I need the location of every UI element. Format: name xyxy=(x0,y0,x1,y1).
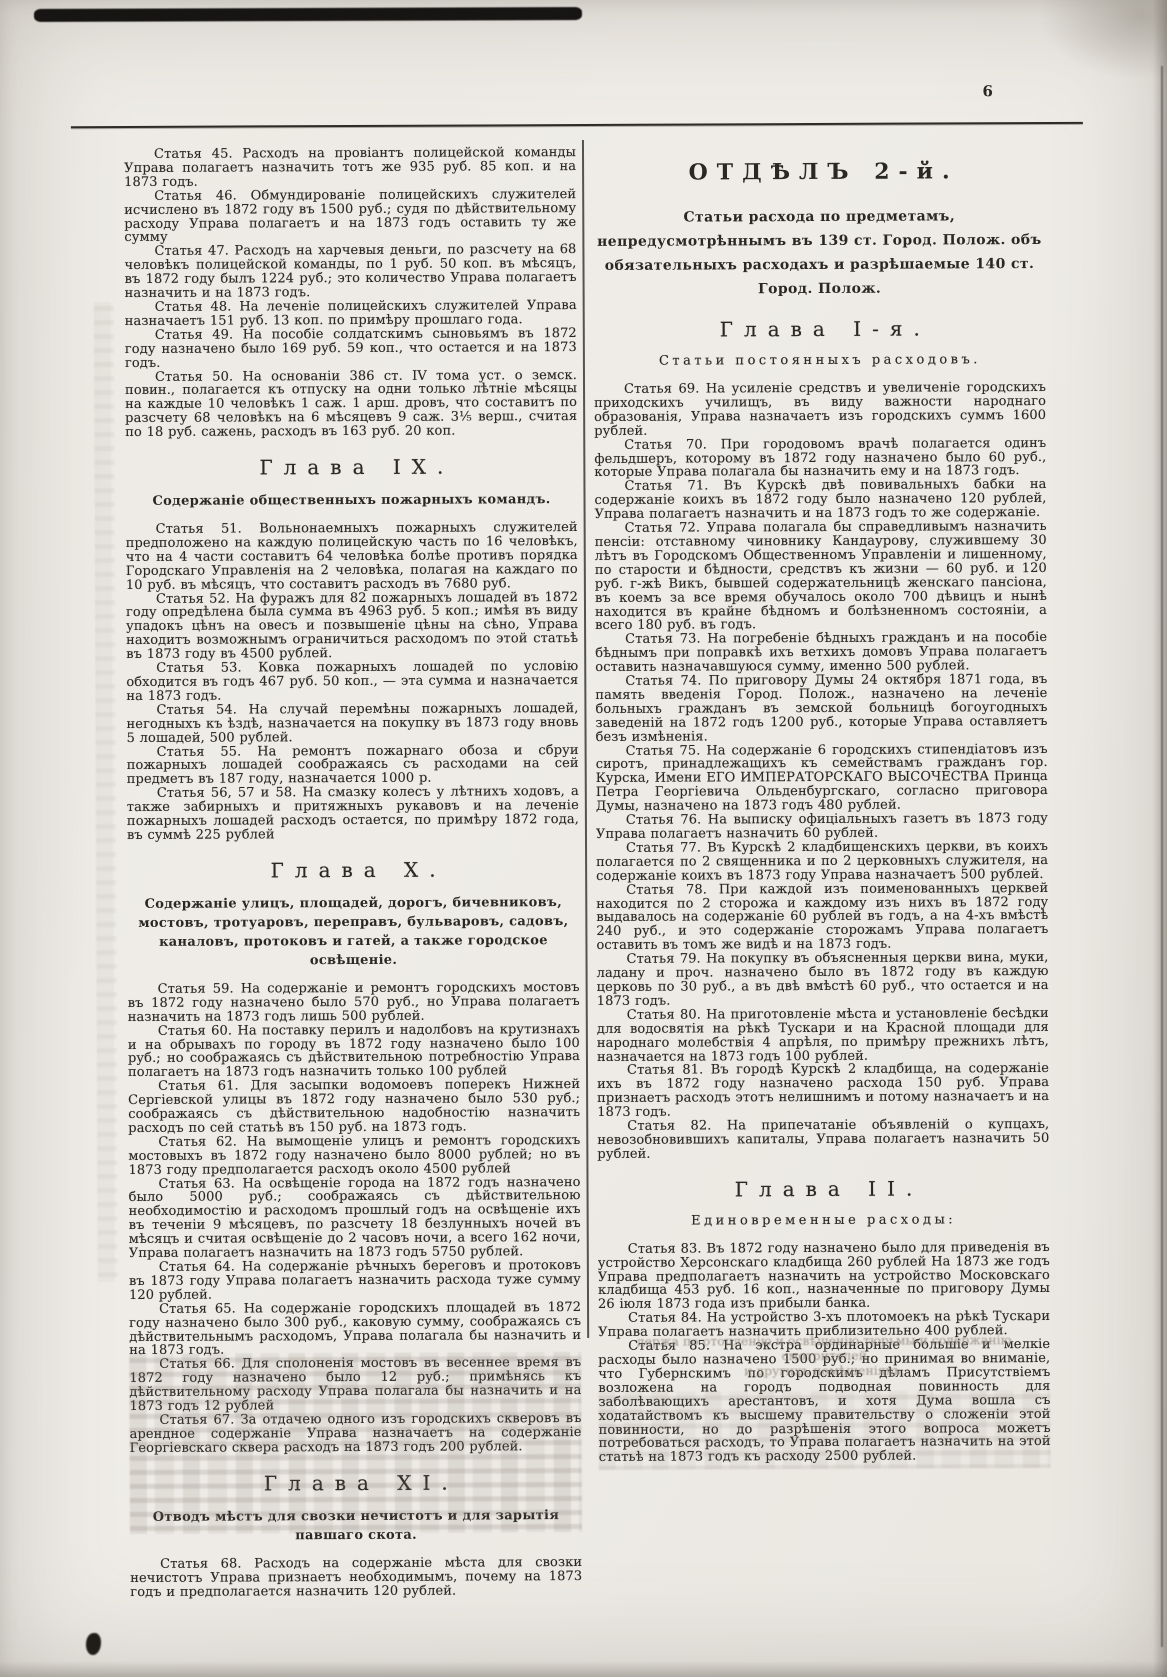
scan-corner-noise xyxy=(1037,0,1167,80)
article-60: Статья 60. На поставку перилъ и надолбов… xyxy=(128,1023,580,1081)
article-48: Статья 48. На леченіе полицейскихъ служи… xyxy=(125,299,577,329)
scan-edge-shade-right xyxy=(1153,0,1167,1677)
bleed-through-right xyxy=(598,1390,1050,1470)
article-69: Статья 69. На усиленіе средствъ и увелич… xyxy=(594,381,1046,439)
article-47: Статья 47. Расходъ на харчевыя деньги, п… xyxy=(124,243,576,301)
scan-edge-line-right xyxy=(1161,66,1163,1647)
article-72: Статья 72. Управа полагала бы справедлив… xyxy=(595,520,1047,633)
section-subtitle-2: Статьи расхода по предметамъ, непредусмо… xyxy=(593,204,1045,302)
article-50: Статья 50. На основаніи 386 ст. IV тома … xyxy=(125,369,577,441)
article-64: Статья 64. На содержаніе рѣчныхъ берегов… xyxy=(129,1259,581,1303)
article-82: Статья 82. На припечатаніе объявленій о … xyxy=(597,1118,1049,1162)
right-text-column: ОТДѢЛЪ 2-й.Статьи расхода по предметамъ,… xyxy=(593,146,1051,1465)
article-65: Статья 65. На содержаніе городскихъ площ… xyxy=(129,1301,581,1359)
bleed-text-line: и другихъ помѣщеніяхъ. xyxy=(598,1362,1050,1379)
article-83: Статья 83. Въ 1872 году назначено было д… xyxy=(598,1241,1050,1313)
chapter-subtitle-i: Статьи постоянныхъ расходовъ. xyxy=(594,352,1046,369)
article-46: Статья 46. Обмундированіе полицейскихъ с… xyxy=(124,188,576,246)
article-75: Статья 75. На содержаніе 6 городскихъ ст… xyxy=(596,743,1048,815)
section-heading-2: ОТДѢЛЪ 2-й. xyxy=(593,158,1045,186)
article-81: Статья 81. Въ городѣ Курскѣ 2 кладбища, … xyxy=(597,1062,1049,1120)
bleed-through-margin xyxy=(94,302,118,1282)
page-number: 6 xyxy=(973,82,1003,100)
article-78: Статья 78. При каждой изъ поименованныхъ… xyxy=(596,882,1048,954)
chapter-heading-ix: Глава IX. xyxy=(125,454,577,480)
scanned-document-page: 6 Статья 45. Расходъ на провіантъ полице… xyxy=(0,0,1167,1677)
article-52: Статья 52. На фуражъ для 82 пожарныхъ ло… xyxy=(126,591,578,663)
scan-smudge-top xyxy=(34,7,582,22)
article-80: Статья 80. На приготовленіе мѣста и уста… xyxy=(597,1007,1049,1065)
article-61: Статья 61. Для засыпки водомоевъ поперек… xyxy=(128,1078,580,1136)
article-63: Статья 63. На освѣщеніе города на 1872 г… xyxy=(128,1176,580,1261)
article-70: Статья 70. При городовомъ врачѣ полагает… xyxy=(594,437,1046,481)
bleed-fragments: держа по отопленію и освѣщенію тюрьмы и … xyxy=(598,1332,1050,1379)
article-68: Статья 68. Расходъ на содержаніе мѣста д… xyxy=(130,1556,582,1600)
article-79: Статья 79. На покупку въ объясненныя цер… xyxy=(597,951,1049,1009)
article-76: Статья 76. На выписку офиціальныхъ газет… xyxy=(596,812,1048,842)
article-53: Статья 53. Ковка пожарныхъ лошадей по ус… xyxy=(126,660,578,704)
header-rule xyxy=(71,122,1083,128)
article-45: Статья 45. Расходъ на провіантъ полицейс… xyxy=(124,146,576,190)
chapter-heading-x: Глава X. xyxy=(127,857,579,883)
article-49: Статья 49. На пособіе солдатскимъ сыновь… xyxy=(125,327,577,371)
article-62: Статья 62. На вымощеніе улицъ и ремонтъ … xyxy=(128,1134,580,1178)
article-59: Статья 59. На содержаніе и ремонтъ город… xyxy=(128,981,580,1025)
scan-edge-shade-bottom xyxy=(0,1661,1167,1677)
article-71: Статья 71. Въ Курскѣ двѣ повивальныхъ ба… xyxy=(594,478,1046,522)
article-54: Статья 54. На случай перемѣны пожарныхъ … xyxy=(126,702,578,746)
article-55: Статья 55. На ремонтъ пожарнаго обоза и … xyxy=(127,744,579,788)
article-74: Статья 74. По приговору Думы 24 октября … xyxy=(595,673,1047,745)
chapter-subtitle-x: Содержаніе улицъ, площадей, дорогъ, биче… xyxy=(127,893,579,971)
chapter-subtitle-ix: Содержаніе общественныхъ пожарныхъ коман… xyxy=(125,490,577,511)
article-77: Статья 77. Въ Курскѣ 2 кладбищенскихъ це… xyxy=(596,840,1048,884)
chapter-heading-ii: Глава II. xyxy=(597,1176,1049,1202)
bleed-through-left xyxy=(129,1352,582,1534)
article-56-57-58: Статья 56, 57 и 58. На смазку колесъ у л… xyxy=(127,785,579,843)
column-divider-rule xyxy=(582,140,589,1338)
bleed-text-line: держа по отопленію и освѣщенію тюрьмы и … xyxy=(598,1332,1050,1364)
chapter-subtitle-ii: Единовременные расходы: xyxy=(598,1212,1050,1229)
page-content: 6 Статья 45. Расходъ на провіантъ полице… xyxy=(0,0,1167,1677)
article-51: Статья 51. Вольнонаемныхъ пожарныхъ служ… xyxy=(126,521,578,593)
article-73: Статья 73. На погребеніе бѣдныхъ граждан… xyxy=(595,631,1047,675)
chapter-heading-i: Глава I-я. xyxy=(594,316,1046,342)
